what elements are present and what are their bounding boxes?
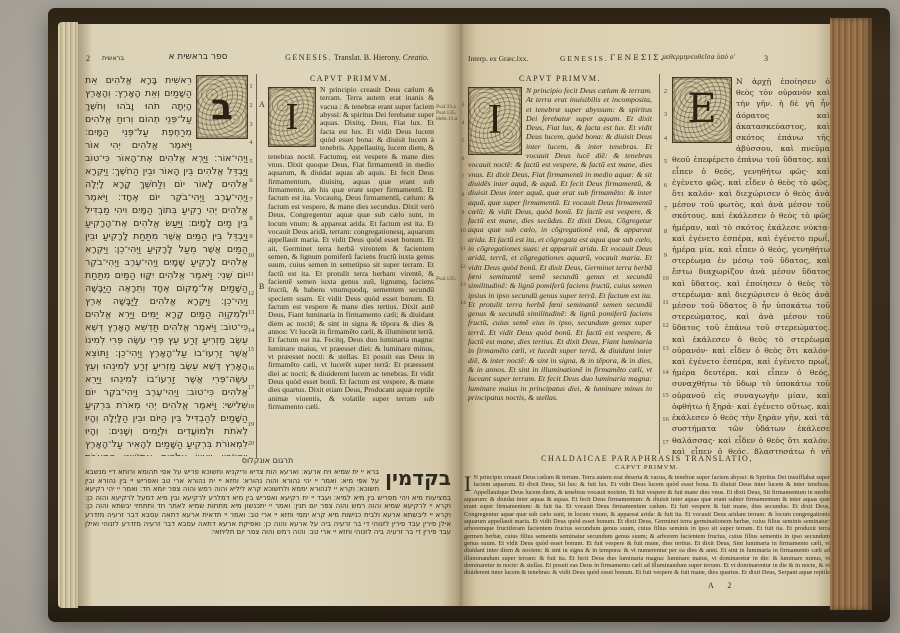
left-page: 2 בראשית ספר בראשית א GENESIS. Translat.… — [78, 24, 460, 606]
left-column-divider-rule — [256, 74, 257, 458]
left-header-hebrew-note: בראשית — [102, 54, 124, 62]
latin-initial-i-woodcut: I — [268, 87, 316, 147]
chaldee-caput: CAPVT PRIMVM. — [464, 464, 830, 471]
left-header-hebrew-title: ספר בראשית א — [138, 52, 258, 62]
right-header-genesis-greek: ΓΕΝΕΣΙΣ. — [610, 53, 665, 62]
right-verse-number-strip: 2 3 4 5 6 7 8 9 10 11 12 13 14 15 16 17 — [661, 80, 670, 455]
section-letter-a: A — [259, 100, 265, 109]
left-header-latin: GENESIS. Translat. B. Hierony. Creatio. — [274, 53, 440, 62]
right-header-genesis-latin: GENESIS. — [560, 54, 609, 63]
chaldee-initial-i: I — [464, 474, 471, 494]
lxx-latin-text-block: IN principio fecit Deus cælum & terram. … — [468, 86, 652, 450]
greek-text-column: ΕΝ ἀρχῇ ἐποίησεν ὁ θεὸς τὸν οὐρανὸν καὶ … — [672, 76, 830, 454]
fore-edge-page-stack — [830, 18, 872, 610]
targum-initial-word: בקדמין — [385, 468, 451, 488]
margin-note-psalm-135: Psal.135. — [436, 276, 460, 282]
lxx-latin-column: CAPVT PRIMVM. IN principio fecit Deus cæ… — [468, 74, 652, 454]
chaldee-title: CHALDAICAE PARAPHRASIS TRANSLATIO, — [464, 454, 830, 463]
lxx-caput-heading: CAPVT PRIMVM. — [468, 74, 652, 83]
margin-note-psalms: Psal.33.a Psal.135. Hebr.11.a — [436, 104, 460, 123]
chaldee-text: N principio creauit Deus cælum & terram.… — [464, 474, 830, 577]
left-header-translat: Translat. B. Hierony. — [334, 53, 401, 62]
targum-title: תרגום אונקלוס — [85, 456, 450, 465]
greek-initial-epsilon-woodcut: Ε — [672, 77, 732, 143]
lxx-initial-i-woodcut: I — [468, 87, 522, 155]
right-page: Interp. ex Græc.lxx. GENESIS. ΓΕΝΕΣΙΣ. μ… — [460, 24, 830, 606]
hebrew-initial-bet-woodcut: ב — [196, 75, 248, 139]
left-verse-number-strip: 1 2 3 4 5 6 7 8 9 10 11 12 13 14 15 16 1… — [247, 78, 255, 454]
right-margin-verse-strip: 3 4 5 6 7 8 9 10 11 12 13 14 — [460, 96, 466, 312]
right-header-interp: Interp. ex Græc.lxx. — [468, 54, 528, 63]
targum-text-block: בקדמיןברא יי ית שמיא וית ארעא׃ וארעא הות… — [85, 468, 451, 562]
right-header-greek-note: μεθερμηνευθεῖσα ὑπὸ οʹ — [662, 54, 735, 61]
section-letter-b: B — [259, 282, 264, 291]
latin-caput-heading: CAPVT PRIMVM. — [268, 74, 434, 83]
chaldee-text-block: IN principio creauit Deus cælum & terram… — [464, 474, 830, 577]
latin-text-block: IN principio creauit Deus cælum & terram… — [268, 86, 434, 454]
left-header-genesis: GENESIS. — [285, 53, 332, 62]
signature-mark: A 2 — [708, 581, 737, 590]
latin-vulgate-column: CAPVT PRIMVM. IN principio creauit Deus … — [268, 74, 434, 458]
hebrew-text-column: ברֵאשִׁית בָּרָא אֱלֹהִים אֵת הַשָּׁמַיִ… — [85, 74, 248, 456]
page-stack-left-edge — [58, 22, 78, 608]
left-header-creatio: Creatio. — [403, 53, 429, 62]
right-column-divider-rule — [659, 74, 660, 454]
right-page-number: 3 — [764, 54, 768, 63]
left-page-number: 2 — [86, 54, 90, 63]
